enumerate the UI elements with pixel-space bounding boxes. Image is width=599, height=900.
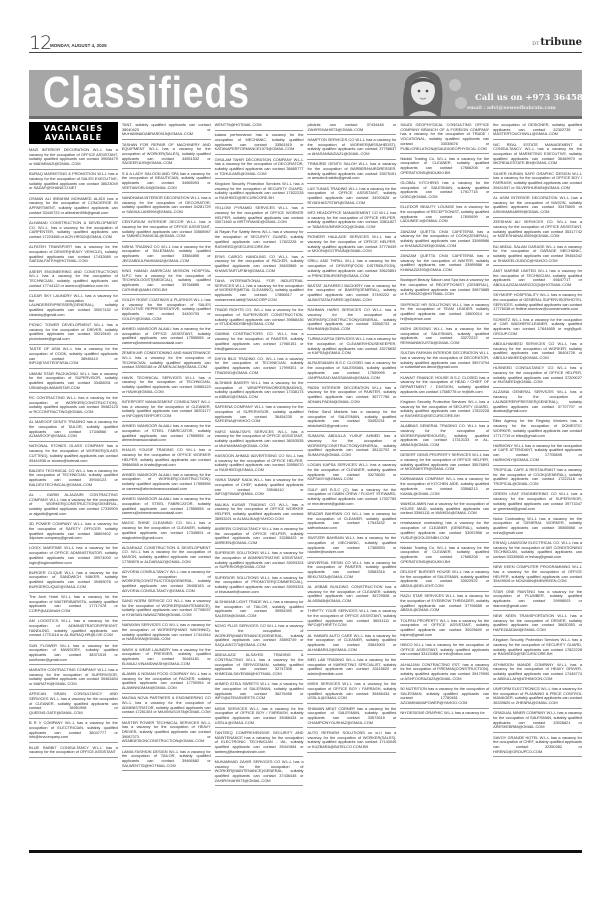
classified-ad: LAMIA FASHION DESIGN W.L.L has a vacancy… — [122, 749, 211, 772]
classified-ad: AL ASBAB BUILDING CONSTRUCTION has a vac… — [307, 584, 396, 607]
classified-ad: BU ABDUL SALAM GARAGE W.L.L has a vacanc… — [493, 244, 582, 267]
classified-ad: AHMED MANSOOR ALAALI has a vacancy for t… — [122, 496, 211, 519]
classified-ad: AL MAROOF DENTS TRADING has a vacancy fo… — [29, 419, 118, 442]
classified-ad: TANT, suitably qualified applicants can … — [122, 122, 211, 140]
classified-ad: ZANZAM QUETTA CHAI CAFETERIA has a vacan… — [400, 253, 489, 276]
classified-ad: AL - GARIB ALJAZAIRI CONTRACTING COMPANY… — [29, 492, 118, 520]
classified-ad: RAZU STAR SERVICES W.L.L has a vacancy f… — [400, 593, 489, 616]
classified-ad: 50 NUTRITION has a vacancy for the occup… — [400, 686, 489, 709]
classified-ad: MARATHI CONTRACTING COMPANY W.L.L has a … — [29, 667, 118, 690]
ads-list: WENT76@HOTMAIL.COMkatana performance has… — [215, 122, 304, 786]
vacancies-heading: VACANCIES AVAILABLE — [29, 122, 118, 144]
classified-ad: KHALIS YOUSIF TRADING CO W.L.L has a vac… — [122, 447, 211, 470]
classified-ad: WASH & WEAR LAUNDRY has a vacancy for th… — [122, 647, 211, 670]
heading-line-2: AVAILABLE — [29, 133, 118, 142]
classified-ad: RAHMAN HARIS SERVICES CO W.L.L has a vac… — [307, 307, 396, 335]
logo-text: tribune — [540, 37, 582, 48]
classified-ad: NEW KEEN COMPUTER PROGRAMMING W.L.L has … — [493, 564, 582, 587]
classified-ad: KING HAMAD AMERICAN MISSION HOSPITAL N.P… — [122, 268, 211, 296]
classified-ad: the occupation of DESIGNER, suitably qua… — [493, 122, 582, 140]
classified-ad: DESERT GEMS PROPERTY SERVICES W.L.L has … — [400, 452, 489, 475]
classified-ad: SIXPENCE HR SOLUTIONS W.L.L has a vacanc… — [400, 302, 489, 325]
phone-icon — [449, 79, 461, 91]
classified-ad: THRIFTY YOUR SERVICES W.L.L has a vacanc… — [307, 608, 396, 631]
masthead: 12 MONDAY, AUGUST 4, 2025 DTtribune — [29, 34, 582, 53]
classified-ad: ALRASSAMAN B.S.C CLOSED has a vacancy fo… — [307, 360, 396, 383]
classified-ad: SCHMITZ W.L.L has a vacancy for the occu… — [493, 317, 582, 340]
classified-ad: SUPERIOR SOLUTIONS W.L.L has a vacancy f… — [215, 550, 304, 573]
classified-ad: KARMANIAN COMPANY W.L.L has a vacancy fo… — [400, 476, 489, 499]
classified-ad: MFZ HEADOFFICE MANAGEMENT CO W.L.L has a… — [307, 210, 396, 233]
classified-ad: TURBA KAPSA SERVICES W.L.L has a vacancy… — [307, 336, 396, 359]
classified-ad: YAHIA TAWAF KADA W.L.L has a vacancy for… — [215, 477, 304, 500]
classified-ad: SUN FLOWER W.L.L has a vacancy for the o… — [29, 643, 118, 666]
classified-ad: MAGNA NOVA PARTNERS & ENGINEERING CO W.L… — [122, 695, 211, 718]
classified-ad: HAVIK TECHNICAL SERVICES W.L.L has a vac… — [122, 375, 211, 398]
classified-ad: AL ASIM INTERIOR DECORATION W.L.L has a … — [493, 195, 582, 218]
classified-ad: WENT76@HOTMAIL.COM — [215, 122, 304, 131]
classified-ad: Boutiquet Beauty Saloon and Spa has a va… — [400, 277, 489, 300]
classified-ad: CLEAR SKY LAUNDRY W.L.L has a vacancy fo… — [29, 293, 118, 321]
classified-ad: MED LAB TRADING W.L.L has a vacancy for … — [307, 657, 396, 680]
classified-ad: Ndukki Trading Co. W.L.L has a vacancy f… — [400, 545, 489, 568]
classified-ad: SAFEENA COMPANY W.L.L has a vacancy for … — [215, 404, 304, 427]
classified-ad: MISHI SERVICES W.L.L has a vacancy for t… — [215, 706, 304, 729]
classified-ad: GLOBAL KITCHENS has a vacancy for the oc… — [400, 180, 489, 203]
classified-ad: GHULAM TAHIR DECORATION COMPANY W.L.L ha… — [215, 157, 304, 180]
classified-ad: EPAS CARGO HANDLING CO W.L.L has a vacan… — [215, 254, 304, 277]
classified-ad: ALDARAAZ CONSTRUCTION & DEVELOPMENT CO. … — [122, 545, 211, 568]
classified-ad: ZEMEN AIR CONDITIONING AND MAINTENANCE W… — [122, 350, 211, 373]
classified-ad: SANG NORM SERVICE CO W.L.L has a vacancy… — [122, 598, 211, 621]
classified-ad: Yellow Sand Markets has a vacancy for th… — [307, 409, 396, 432]
classified-ad: GOLDY ROBIT COATINGS & PLATINGS W.L.L ha… — [122, 297, 211, 325]
classified-ad: ZEESHAN ALI SERVICES CO. W.L.L has a vac… — [493, 219, 582, 242]
classified-ad: HASSOON AHMAD ADVERTISING CO W.L.L has a… — [215, 453, 304, 476]
classified-ad: GULF AIR B.S.C (C) has a vacancy for the… — [307, 487, 396, 510]
classified-ad: BRAZAR BAHRAIN CO W.L.L has a vacancy fo… — [307, 511, 396, 534]
classified-ad: SULTAN FARHAN INTERIOR DECORATION W.L.L … — [400, 350, 489, 373]
classified-ad: ATHIMOON MANDE COMPANY W.L.L has a vacan… — [493, 662, 582, 685]
classified-ad: RC CONTRACTING W.L.L has a vacancy for t… — [29, 395, 118, 418]
classified-ad: AFRICAN GRAIN CONSULTANCY AND SERVICES W… — [29, 691, 118, 719]
classified-ad: SWITZER BAHRAIN W.L.L has a vacancy for … — [307, 535, 396, 558]
classified-ad: ALAMIN & NOMAN FOOD COMPANY W.L.L has a … — [122, 671, 211, 694]
column-6: the occupation of DESIGNER, suitably qua… — [493, 122, 582, 848]
classified-ad: BLUE RABBIT CONSULTANCY W.L.L has a vaca… — [29, 745, 118, 758]
classified-ad: S & A LADY SALOON AND SPA has a vacancy … — [122, 171, 211, 194]
classified-ad: UNIVERSAL RESIN CO W.L.L has a vacancy f… — [307, 560, 396, 583]
classified-ad: LOGIX MARITIME W.L.L has a vacancy for t… — [29, 545, 118, 568]
classified-ad: AHMED MANSOOR ALAALI has a vacancy for t… — [122, 423, 211, 446]
classified-ad: CENTURIUM INTERIOR DECOR W.L.L has a vac… — [122, 219, 211, 242]
column-1: VACANCIES AVAILABLE MAZI INTERIOR DECORA… — [29, 122, 118, 848]
classified-ad: LOGAN KAPSA SERVICES W.L.L has a vacancy… — [307, 462, 396, 485]
classified-ad: ALZAINA GENERAL SERVICES W.L.L has a vac… — [493, 389, 582, 417]
classified-ad: TRIMURID GENTS SALOH W.L.L has a vacancy… — [307, 161, 396, 184]
classified-ad: SAUDI GEOPHYSICAL CONSULTING OFFICE COMP… — [400, 122, 489, 154]
classified-ad: AUTO REFINISH SOLUTIONS co w.l.l has a v… — [307, 730, 396, 753]
ads-list: TANT, suitably qualified applicants can … — [122, 122, 211, 771]
classified-ad: MUHAMMAD ZAHIR SERVICES CO W.L.L has a v… — [215, 759, 304, 787]
classified-ad: B R V COMPANY W.L.L has a vacancy for th… — [29, 720, 118, 743]
ads-list: MAZI INTERIOR DECORATION W.L.L has a vac… — [29, 147, 118, 758]
classified-ad: TOLPEN PROPERTY W.L.L has a vacancy for … — [400, 618, 489, 641]
classified-ad: Al Rayah For Safety Items W.L.L has a va… — [215, 229, 304, 252]
classified-ad: BURGER CLIQUE W.L.L has a vacancy for th… — [29, 570, 118, 593]
classified-ad: NH DESIGNS GRAPHIC W.L.L has a vacancy f… — [400, 710, 489, 719]
classified-ad: Kingdom Security Protection Services W.L… — [400, 399, 489, 422]
classified-ad: Ndukki Trading Co. W.L.L has a vacancy f… — [400, 156, 489, 179]
classified-ad: BASTAT ALFAREEJ BACKERY has a vacancy fo… — [307, 283, 396, 306]
classified-ad: ESHAQ LANDSOM ELECTRICAL CO. W.L.L has a… — [493, 540, 582, 563]
classified-ad: STAR ONE PAINTING has a vacancy for the … — [493, 589, 582, 612]
classified-ad: HUSNEED CONSULTANCY CO W.L.L has a vacan… — [493, 365, 582, 388]
classified-ad: HARMONY W.L.L has a vacancy for the occu… — [493, 443, 582, 466]
classified-ad: Nuha Contracting W.L.L has a vacancy for… — [493, 516, 582, 539]
classified-ad: AHMED MANSOOR ALAALI has a vacancy for t… — [122, 472, 211, 495]
classified-ad: PICNIC TOWER DEVELOPMENT W.L.L has a vac… — [29, 322, 118, 345]
classified-ad: ALABBAS GENERAL TRADING CO. W.L.L has a … — [400, 423, 489, 451]
classifieds-banner: Classifieds Call us on +973 36458394 ema… — [29, 70, 582, 119]
column-2: TANT, suitably qualified applicants can … — [122, 122, 211, 848]
classified-ad: TASTE OF ASIA W.L.L has a vacancy for th… — [29, 346, 118, 369]
classified-ad: HIBCO W.L.L has a vacancy for the occupa… — [400, 642, 489, 660]
page-number: 12 — [29, 32, 51, 54]
classified-ad: ABDULHAMEED SERVICES CO W.L.L has a vaca… — [493, 341, 582, 364]
logo-prefix: DT — [532, 41, 539, 47]
classified-ad: SILVER HURAIN SAFE GRAPHIC DESIGN W.L.L … — [493, 171, 582, 194]
classified-ad: OSMAN ALI IBRAHIM MOHAMED ALJIDI has a v… — [29, 196, 118, 219]
classified-ad: DHIYA BILD TRADING CO. W.L.L has a vacan… — [215, 356, 304, 379]
classified-ad: AHMED MANSOOR ALAALI has a vacancy for t… — [122, 326, 211, 349]
classified-ad: MAZI INTERIOR DECORATION W.L.L has a vac… — [29, 147, 118, 170]
classified-ad: NATIONAL STONES GLASS COMPANY has a vaca… — [29, 443, 118, 466]
classified-ad: ALSHAMI BAKERY W.L.L has a vacancy for t… — [215, 380, 304, 403]
classified-ad: WAHIDA AMIN has a vacancy for the occupa… — [400, 501, 489, 519]
classified-ad: GRILL AND THRILL W.L.L has a vacancy for… — [307, 258, 396, 281]
classified-ad: HAMPTON SERVICES CO W.L.L has a vacancy … — [307, 137, 396, 160]
email-text: email : advt@newsofbahrain.com — [467, 105, 556, 111]
classified-ad: SKYMORP HOSPITALITY W.L.L has a vacancy … — [493, 292, 582, 315]
operator-woman-icon — [397, 70, 447, 119]
classified-ad: SUMAIYA ABDULLA YUSUF AHMED has a vacanc… — [307, 433, 396, 461]
call-us-text: Call us on +973 36458394 — [475, 93, 582, 103]
classified-ad: AL HABARI AUTO CARE W.L.L has a vacancy … — [307, 633, 396, 656]
classified-ad: ABDULAZIZ ALSAYED TRADING & CONTRACTING … — [215, 652, 304, 680]
classified-ad: GAMMA CONTRACTORS CO. W.L.L has a vacanc… — [215, 331, 304, 354]
classified-ad: renaissance contracting has a vacancy fo… — [400, 520, 489, 543]
classified-ad: MISHI SERVICES W.L.L has a vacancy for t… — [307, 681, 396, 704]
classified-ad: BURAQ MARKETING & PROMOTION W.L.L has a … — [29, 171, 118, 194]
classified-ad: ALHAMAD CONSTRUCTION & DEVELOPMENT CO. W… — [29, 220, 118, 243]
ads-list: SAUDI GEOPHYSICAL CONSULTING OFFICE COMP… — [400, 122, 489, 719]
classified-ad: MASTER POWER TECHNICAL SERVICES W.L.L ha… — [122, 720, 211, 748]
classified-ad: INTERPORT MANAGEMENT CONSULTANT W.L.L ha… — [122, 399, 211, 422]
newspaper-logo: DTtribune — [532, 37, 582, 48]
classified-ad: TROPICAL CAFE & RESTAURANT has a vacancy… — [493, 467, 582, 490]
column-4: plicants can contact 37434448 or ZAHIRSH… — [307, 122, 396, 848]
classified-ad: Kingdom Security Protection Services W.L… — [493, 637, 582, 660]
classified-ad: LAS TUNAS TRADING W.L.L has a vacancy fo… — [307, 186, 396, 209]
classified-ad: AMREEN CONSULTANCY W.L.L has a vacancy f… — [215, 526, 304, 549]
classified-ad: KUWAIT FINANCE HOUSE B.S.C CLOSED has a … — [400, 375, 489, 398]
classified-ad: NEW KEEN TRANSPORTATION W.L.L has a vaca… — [493, 613, 582, 636]
classified-ad: PADNI INTERIOR DECORATION W.L.L has a va… — [307, 385, 396, 408]
classified-ad: HAFIZ MANUTAYS SERVICES W.L.L has a vaca… — [215, 429, 304, 452]
classified-ad: ALSHAHAB LIGHT TRADE W.L.L has a vacancy… — [215, 599, 304, 622]
classified-ad: MAGIC SHINE CLEANING CO. W.L.L has a vac… — [122, 520, 211, 543]
classified-ad: MIZHI DESIGNS W.L.L has a vacancy for th… — [400, 326, 489, 349]
classified-ad: TANTEEQ COMPREHENSIVE SECURITY AND MAINT… — [215, 730, 304, 758]
classified-ad: AMIT MARINE LIMITED W.L.L has a vacancy … — [493, 268, 582, 291]
classified-ad: AM LOGISTICS W.L.L has a vacancy for the… — [29, 618, 118, 641]
section-title: Classifieds — [43, 70, 250, 118]
heading-line-1: VACANCIES — [29, 124, 118, 133]
bottom-rule — [29, 850, 582, 853]
classified-ad: ALHAJJAN CONTRACTING EST. has a vacancy … — [400, 662, 489, 685]
column-3: WENT76@HOTMAIL.COMkatana performance has… — [215, 122, 304, 848]
classified-ad: PIONEER HAULAGE SERVICES W.L.L has a vac… — [307, 234, 396, 257]
classified-ad: ZANZAM QUETTA CHAI CAFETERIA has a vacan… — [400, 229, 489, 252]
classified-ad: NANDHANA INTERIOR DECORATION W.L.L has a… — [122, 195, 211, 218]
issue-date: MONDAY, AUGUST 4, 2025 — [50, 43, 107, 48]
classified-ad: ASEER ENGINEERING AND CONSTRUCTIONS W.L.… — [29, 269, 118, 292]
classified-ad: BALDEV TECHNICAL CO W.L.L has a vacancy … — [29, 468, 118, 491]
classified-ad: ELLEDOR BEAUTY LOUNGE has a vacancy for … — [400, 204, 489, 227]
classified-ad: NIC REAL ESTATE MANAGEMENT & CONSULTANCY… — [493, 142, 582, 170]
classified-ad: YELLOW PYRAMID SERVICES W.L.L has a vaca… — [215, 205, 304, 228]
classified-ad: DELIGHT BURGER HOUSE W.L.L has a vacancy… — [400, 569, 489, 592]
classified-ad: NARAYAN SERVICES CO W.L.L has a vacancy … — [122, 622, 211, 645]
classified-ad: UNIFORM ELECTRONICS W.L.L has a vacancy … — [493, 686, 582, 709]
classified-ad: ADVORIA CONSULTANCY W.L.L has a vacancy … — [122, 569, 211, 597]
classified-ad: plicants can contact 37434448 or ZAHIRSH… — [307, 122, 396, 135]
classified-ad: TASHAN FOR REPAIR OF MACHINERY AND EQUIP… — [122, 142, 211, 170]
classified-ad: TAHA INTERNATIONAL FOR INDUSTRIAL SERVIC… — [215, 278, 304, 306]
classified-ad: GRADUAL MINER COMPANY W.L.L has a vacanc… — [493, 710, 582, 733]
classified-ad: SUPERIOR SOLUTIONS W.L.L has a vacancy f… — [215, 575, 304, 598]
classified-ad: NOVO PLUS SERVICES CO W.L.L has a vacanc… — [215, 623, 304, 651]
classified-ad: 3D POWER COMPANY W.L.L has a vacancy for… — [29, 521, 118, 544]
ads-list: plicants can contact 37434448 or ZAHIRSH… — [307, 122, 396, 753]
classified-ad: UMAIM STAR PACKAGING W.L.L has a vacancy… — [29, 371, 118, 394]
classified-ad: MALIKA KUSAR TRADING CO W.L.L has a vaca… — [215, 502, 304, 525]
classified-ad: GREEN LEAF ENGINEERING CO W.L.L has a va… — [493, 491, 582, 514]
classified-ad: SHAWAN MEAT CORNER has a vacancy for the… — [307, 706, 396, 729]
classified-ad: AHMED ATEIA SWEETS W.L.L has a vacancy f… — [215, 681, 304, 704]
whatsapp-icon — [455, 97, 467, 109]
classified-ad: Bliss Agency for the Registry Workers ha… — [493, 418, 582, 441]
ads-list: the occupation of DESIGNER, suitably qua… — [493, 122, 582, 757]
classified-ad: NISHA TRADING CO W.L.L has a vacancy for… — [122, 244, 211, 267]
classified-ad: ALFATEH TRANSPORT has a vacancy for the … — [29, 244, 118, 267]
classifieds-columns: VACANCIES AVAILABLE MAZI INTERIOR DECORA… — [29, 122, 582, 848]
classified-ad: Kingdom Security Protection Services W.L… — [215, 181, 304, 204]
classified-ad: SAVOY GRANDE HOTEL W.L.L has a vacancy f… — [493, 735, 582, 758]
classified-ad: The Arch Hotel W.L.L has a vacancy for t… — [29, 594, 118, 617]
classified-ad: katana performance has a vacancy for the… — [215, 132, 304, 155]
classified-ad: TRADE RIGHTS CO. W.L.L has a vacancy for… — [215, 307, 304, 330]
column-5: SAUDI GEOPHYSICAL CONSULTING OFFICE COMP… — [400, 122, 489, 848]
